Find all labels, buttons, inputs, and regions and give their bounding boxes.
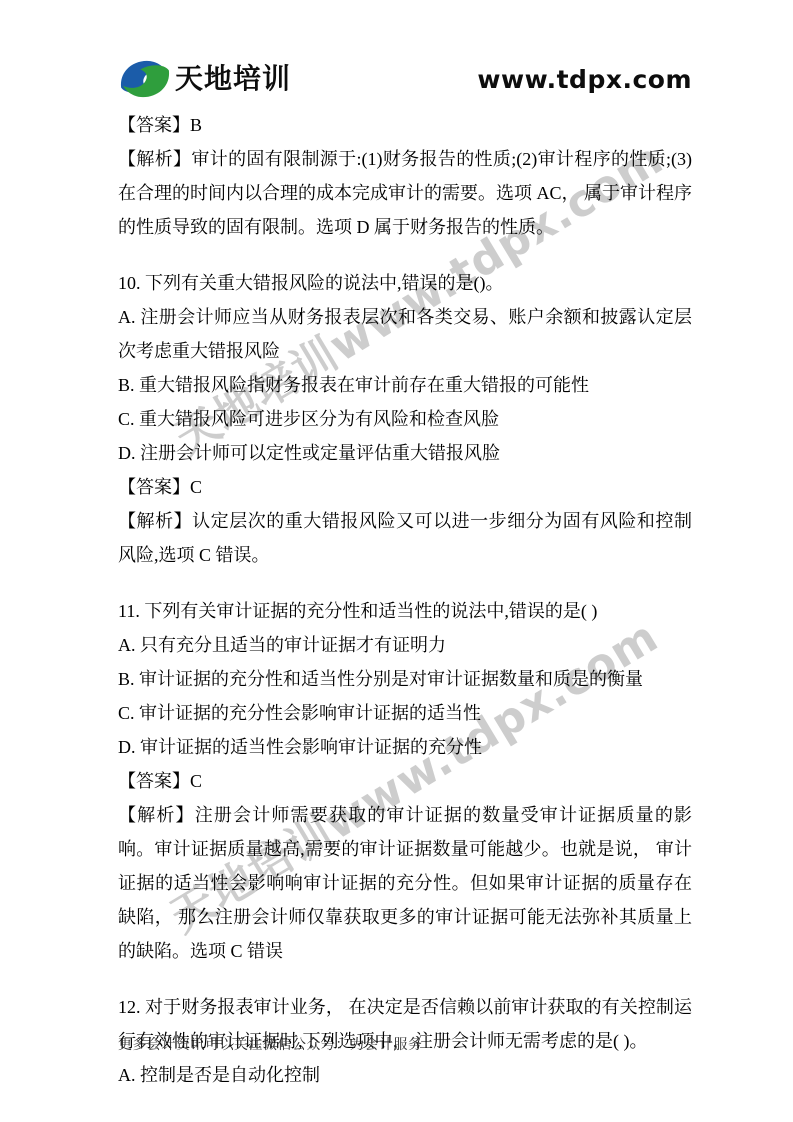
option-text: A. 只有充分且适当的审计证据才有证明力	[118, 628, 692, 662]
answer-line: 【答案】B	[118, 108, 692, 142]
option-text: B. 审计证据的充分性和适当性分别是对审计证据数量和质是的衡量	[118, 662, 692, 696]
answer-line: 【答案】C	[118, 470, 692, 504]
exam-content: 【答案】B【解析】审计的固有限制源于:(1)财务报告的性质;(2)审计程序的性质…	[118, 108, 692, 1092]
tiandi-swirl-icon	[118, 58, 172, 100]
explanation-paragraph: 【解析】审计的固有限制源于:(1)财务报告的性质;(2)审计程序的性质;(3)在…	[118, 142, 692, 244]
option-text: C. 审计证据的充分性会影响审计证据的适当性	[118, 696, 692, 730]
footer-note: 更多会计资讯可以关注微信公众号：为会计服务	[118, 1034, 423, 1054]
question-text: 10. 下列有关重大错报风险的说法中,错误的是()。	[118, 266, 692, 300]
option-text: D. 审计证据的适当性会影响审计证据的充分性	[118, 730, 692, 764]
question-text: 11. 下列有关审计证据的充分性和适当性的说法中,错误的是( )	[118, 594, 692, 628]
explanation-paragraph: 【解析】认定层次的重大错报风险又可以进一步细分为固有风险和控制风险,选项 C 错…	[118, 504, 692, 572]
option-text: D. 注册会计师可以定性或定量评估重大错报风脸	[118, 436, 692, 470]
answer-line: 【答案】C	[118, 764, 692, 798]
option-text: A. 控制是否是自动化控制	[118, 1058, 692, 1092]
explanation-paragraph: 【解析】注册会计师需要获取的审计证据的数量受审计证据质量的影响。审计证据质量越高…	[118, 798, 692, 968]
option-text: A. 注册会计师应当从财务报表层次和各类交易、账户余额和披露认定层次考虑重大错报…	[118, 300, 692, 368]
tiandi-logo: 天地培训	[118, 58, 291, 100]
document-page: 天地培训 www.tdpx.com 【答案】B【解析】审计的固有限制源于:(1)…	[0, 0, 793, 1092]
option-text: C. 重大错报风险可进步区分为有风险和检查风脸	[118, 402, 692, 436]
logo-text: 天地培训	[175, 65, 291, 93]
option-text: B. 重大错报风险指财务报表在审计前存在重大错报的可能性	[118, 368, 692, 402]
page-header: 天地培训 www.tdpx.com	[118, 56, 692, 102]
website-url: www.tdpx.com	[477, 67, 692, 92]
